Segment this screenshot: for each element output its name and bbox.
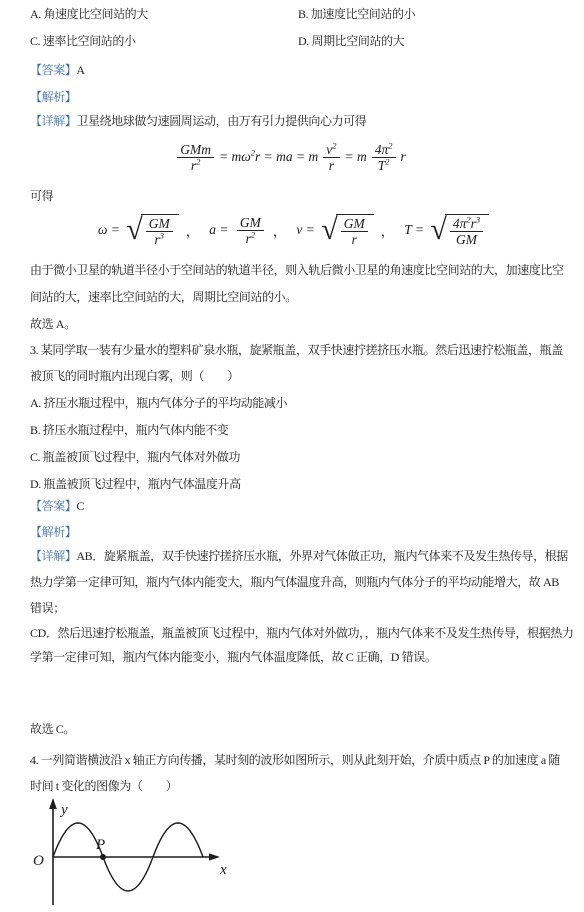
y-axis-arrow-icon [49, 798, 57, 809]
q3-option-c: C. 瓶盖被顶飞过程中，瓶内气体对外做功 [30, 449, 240, 465]
a-expression: a = [209, 222, 232, 238]
exam-page: { "colors":{"accent_blue":"#3d6fa8","tex… [0, 0, 584, 912]
answer-label: 【答案】 [30, 63, 76, 77]
separator: ， [186, 220, 200, 240]
q2-option-a: A. 角速度比空间站的大 [30, 6, 148, 22]
q3-stem-line2: 被顶飞的同时瓶内出现白雾，则（ ） [30, 368, 239, 384]
q3-detail-text1: AB．旋紧瓶盖，双手快速拧搓挤压水瓶，外界对气体做正功，瓶内气体来不及发生热传导… [76, 549, 567, 563]
detail-label: 【详解】 [30, 114, 76, 128]
q3-detail-line1: 【详解】AB．旋紧瓶盖，双手快速拧搓挤压水瓶，外界对气体做正功，瓶内气体来不及发… [30, 548, 568, 564]
formula-results: ω = √ GMr3 ， a = GM r2 ， v = √ GMr ， T =… [0, 208, 584, 252]
q3-detail-line5: 学第一定律可知，瓶内气体内能变小，瓶内气体温度降低，故 C 正确，D 错误。 [30, 649, 436, 665]
x-axis-arrow-icon [209, 853, 220, 860]
detail-label: 【详解】 [30, 549, 76, 563]
q4-stem-line1: 4. 一列简谐横波沿 x 轴正方向传播，某时刻的波形如图所示，则从此刻开始，介质… [30, 752, 560, 768]
q3-answer-line: 【答案】C [30, 498, 84, 514]
omega-expression: ω = [98, 222, 123, 238]
fraction-v2-over-r: v2 r [323, 143, 339, 172]
formula-segment: = m [345, 149, 367, 165]
fraction-4pi2-over-t2: 4π2 T2 [372, 143, 396, 172]
q3-option-a: A. 挤压水瓶过程中，瓶内气体分子的平均动能减小 [30, 395, 287, 411]
origin-label: O [33, 853, 44, 869]
q2-kede: 可得 [30, 188, 53, 204]
q3-conclusion: 故选 C。 [30, 721, 75, 737]
fraction-gmm-over-r2: GMm r2 [177, 143, 214, 172]
y-axis-label: y [59, 802, 68, 818]
q3-stem-line1: 3. 某同学取一装有少量水的塑料矿泉水瓶，旋紧瓶盖，双手快速拧搓挤压水瓶。然后迅… [30, 342, 563, 358]
q2-detail-intro: 卫星绕地球做匀速圆周运动，由万有引力提供向心力可得 [76, 114, 366, 128]
q2-option-d: D. 周期比空间站的大 [298, 33, 404, 49]
analysis-label: 【解析】 [30, 90, 76, 104]
fraction-gm-over-r2: GM r2 [237, 216, 264, 245]
sqrt-4pi2r3-over-gm: √ 4π2r3 GM [430, 214, 489, 246]
answer-label: 【答案】 [30, 499, 76, 513]
q2-conclusion: 故选 A。 [30, 316, 76, 332]
sqrt-gm-over-r3: √ GMr3 [126, 214, 178, 246]
formula-segment: = mω2r = ma = m [219, 149, 318, 165]
t-expression: T = [404, 222, 427, 238]
q3-option-b: B. 挤压水瓶过程中，瓶内气体内能不变 [30, 422, 228, 438]
q3-analysis-line: 【解析】 [30, 524, 76, 540]
q2-option-b: B. 加速度比空间站的小 [298, 6, 415, 22]
separator: ， [381, 220, 395, 240]
wave-figure: P O y x [25, 797, 240, 912]
q3-detail-line4: CD．然后迅速拧松瓶盖，瓶盖被顶飞过程中，瓶内气体对外做功，，瓶内气体来不及发生… [30, 625, 573, 641]
q2-answer-line: 【答案】A [30, 62, 85, 78]
q2-detail-line: 【详解】卫星绕地球做匀速圆周运动，由万有引力提供向心力可得 [30, 113, 366, 129]
q2-answer-value: A [76, 63, 84, 77]
q2-para-line2: 间站的大，速率比空间站的大，周期比空间站的小。 [30, 289, 297, 305]
q3-detail-line2: 热力学第一定律可知，瓶内气体内能变大，瓶内气体温度升高，则瓶内气体分子的平均动能… [30, 574, 559, 590]
point-p-label: P [95, 837, 105, 853]
q3-option-d: D. 瓶盖被顶飞过程中，瓶内气体温度升高 [30, 476, 241, 492]
formula-centripetal: GMm r2 = mω2r = ma = m v2 r = m 4π2 T2 r [0, 137, 584, 177]
x-axis-label: x [219, 862, 227, 878]
q4-stem-line2: 时间 t 变化的图像为（ ） [30, 778, 177, 794]
q3-detail-line3: 错误； [30, 600, 65, 616]
q2-option-c: C. 速率比空间站的小 [30, 33, 136, 49]
formula-segment: r [401, 149, 406, 165]
q2-analysis-line: 【解析】 [30, 89, 76, 105]
sqrt-gm-over-r: √ GMr [321, 214, 373, 246]
q3-answer-value: C [76, 499, 84, 513]
point-p-dot [100, 854, 106, 860]
q2-para-line1: 由于微小卫星的轨道半径小于空间站的轨道半径，则入轨后微小卫星的角速度比空间站的大… [30, 262, 564, 278]
separator: ， [273, 220, 287, 240]
analysis-label: 【解析】 [30, 525, 76, 539]
v-expression: v = [296, 222, 318, 238]
